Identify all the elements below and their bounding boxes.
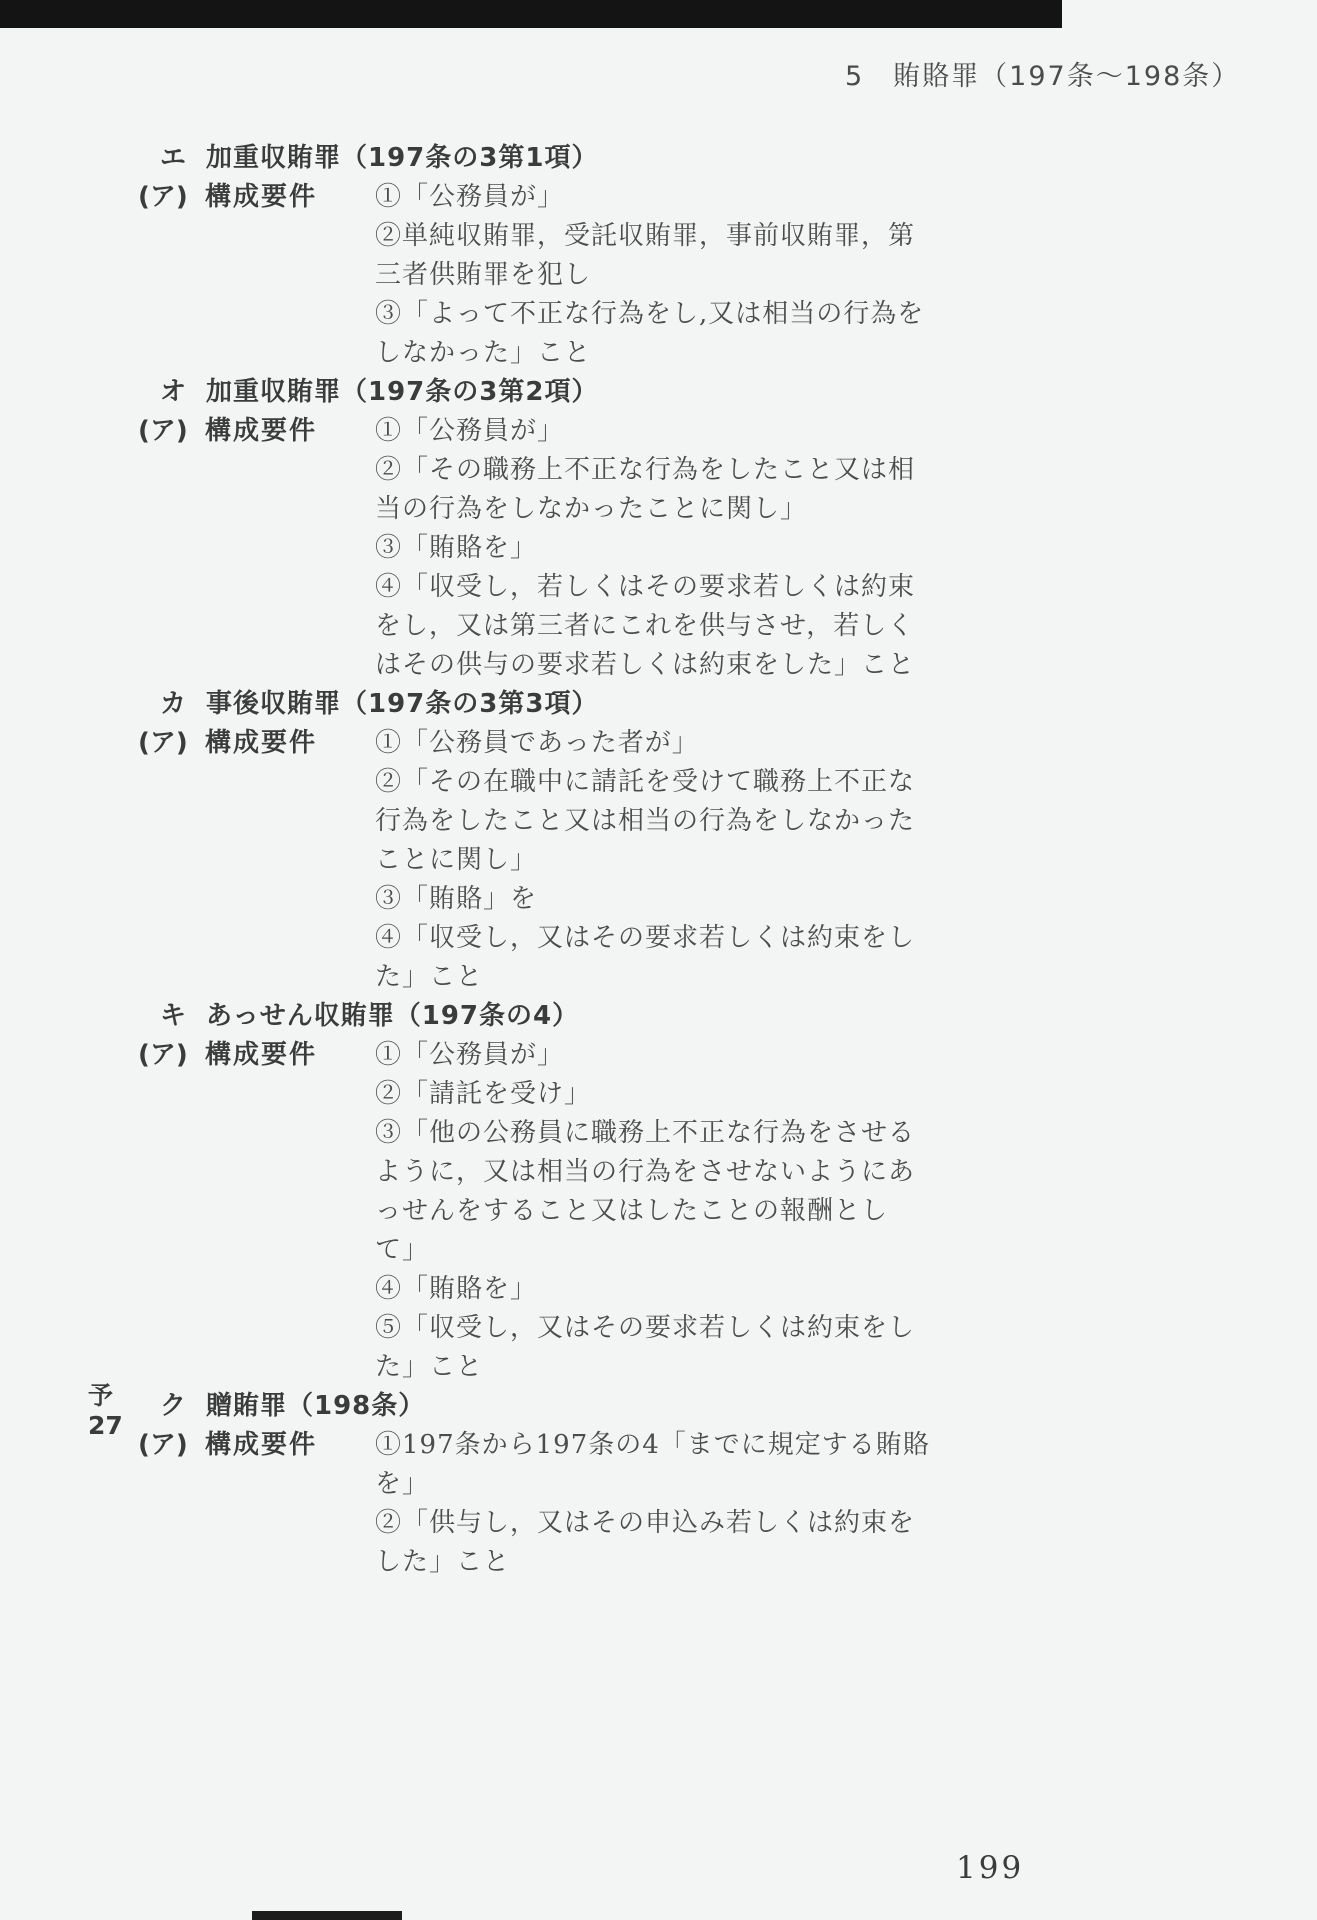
requirement-line: ①「公務員が」 bbox=[375, 412, 915, 451]
section-heading: ク贈賄罪（198条） bbox=[0, 1387, 1317, 1426]
requirement-block: (ア) 構成要件 ①「公務員が」 ②「請託を受け」 ③「他の公務員に職務上不正な… bbox=[0, 1036, 1317, 1387]
requirement-line: ことに関し」 bbox=[375, 841, 915, 880]
requirement-line: ③「賄賂」を bbox=[375, 880, 915, 919]
requirement-line: ①197条から197条の4「までに規定する賄賂 bbox=[375, 1426, 930, 1465]
requirement-line: ②「請託を受け」 bbox=[375, 1075, 915, 1114]
requirement-line: ③「よって不正な行為をし,又は相当の行為を bbox=[375, 295, 924, 334]
requirement-label: (ア) bbox=[138, 724, 205, 763]
requirement-line: ②「その職務上不正な行為をしたこと又は相 bbox=[375, 451, 915, 490]
requirement-line: を」 bbox=[375, 1465, 930, 1504]
section-heading: カ事後収賄罪（197条の3第3項） bbox=[0, 685, 1317, 724]
requirement-line: ⑤「収受し，又はその要求若しくは約束をし bbox=[375, 1309, 915, 1348]
section-jigo-shuwai: カ事後収賄罪（197条の3第3項） (ア) 構成要件 ①「公務員であった者が」 … bbox=[0, 685, 1317, 997]
page-number: 199 bbox=[956, 1850, 1024, 1886]
requirement-lines: ①「公務員が」 ②「その職務上不正な行為をしたこと又は相 当の行為をしなかったこ… bbox=[375, 412, 915, 685]
requirement-line: て」 bbox=[375, 1231, 915, 1270]
requirement-block: (ア) 構成要件 ①「公務員が」 ②単純収賄罪，受託収賄罪，事前収賄罪，第 三者… bbox=[0, 178, 1317, 373]
requirement-line: ③「賄賂を」 bbox=[375, 529, 915, 568]
requirement-label: (ア) bbox=[138, 412, 205, 451]
section-title: 贈賄罪（198条） bbox=[206, 1391, 425, 1421]
margin-note-number: 27 bbox=[88, 1411, 123, 1441]
section-heading: キあっせん収賄罪（197条の4） bbox=[0, 997, 1317, 1036]
requirement-line: ③「他の公務員に職務上不正な行為をさせる bbox=[375, 1114, 915, 1153]
requirement-block: (ア) 構成要件 ①「公務員が」 ②「その職務上不正な行為をしたこと又は相 当の… bbox=[0, 412, 1317, 685]
section-label: キ bbox=[160, 997, 206, 1036]
section-label: エ bbox=[160, 139, 206, 178]
margin-note-top: 予 bbox=[88, 1381, 123, 1411]
content-area: エ加重収賄罪（197条の3第1項） (ア) 構成要件 ①「公務員が」 ②単純収賄… bbox=[0, 139, 1317, 1582]
requirement-line: をし，又は第三者にこれを供与させ，若しく bbox=[375, 607, 915, 646]
requirement-block: (ア) 構成要件 ①197条から197条の4「までに規定する賄賂 を」 ②「供与… bbox=[0, 1426, 1317, 1582]
requirement-label: (ア) bbox=[138, 1036, 205, 1075]
requirement-line: た」こと bbox=[375, 1348, 915, 1387]
scan-bottom-edge bbox=[252, 1911, 402, 1920]
section-title: 加重収賄罪（197条の3第2項） bbox=[206, 377, 598, 407]
requirement-lines: ①「公務員が」 ②単純収賄罪，受託収賄罪，事前収賄罪，第 三者供賄罪を犯し ③「… bbox=[375, 178, 924, 373]
requirement-lines: ①「公務員が」 ②「請託を受け」 ③「他の公務員に職務上不正な行為をさせる よう… bbox=[375, 1036, 915, 1387]
requirement-title: 構成要件 bbox=[205, 724, 375, 763]
requirement-line: ④「収受し，若しくはその要求若しくは約束 bbox=[375, 568, 915, 607]
section-zowai: 予 27 ク贈賄罪（198条） (ア) 構成要件 ①197条から197条の4「ま… bbox=[0, 1387, 1317, 1582]
requirement-title: 構成要件 bbox=[205, 178, 375, 217]
section-title: あっせん収賄罪（197条の4） bbox=[206, 1001, 579, 1031]
requirement-title: 構成要件 bbox=[205, 1426, 375, 1465]
requirement-line: ②単純収賄罪，受託収賄罪，事前収賄罪，第 bbox=[375, 217, 924, 256]
book-page: 5 賄賂罪（197条～198条） エ加重収賄罪（197条の3第1項） (ア) 構… bbox=[0, 0, 1317, 1920]
requirement-label: (ア) bbox=[138, 1426, 205, 1465]
running-header: 5 賄賂罪（197条～198条） bbox=[845, 54, 1240, 93]
requirement-line: ④「賄賂を」 bbox=[375, 1270, 915, 1309]
scan-top-edge bbox=[0, 0, 1062, 28]
requirement-line: ように，又は相当の行為をさせないようにあ bbox=[375, 1153, 915, 1192]
section-heading: オ加重収賄罪（197条の3第2項） bbox=[0, 373, 1317, 412]
section-assen-shuwai: キあっせん収賄罪（197条の4） (ア) 構成要件 ①「公務員が」 ②「請託を受… bbox=[0, 997, 1317, 1387]
margin-note-yo27: 予 27 bbox=[88, 1381, 123, 1441]
section-heading: エ加重収賄罪（197条の3第1項） bbox=[0, 139, 1317, 178]
requirement-line: 当の行為をしなかったことに関し」 bbox=[375, 490, 915, 529]
section-label: カ bbox=[160, 685, 206, 724]
requirement-line: ①「公務員が」 bbox=[375, 178, 924, 217]
requirement-line: た」こと bbox=[375, 958, 915, 997]
requirement-lines: ①197条から197条の4「までに規定する賄賂 を」 ②「供与し，又はその申込み… bbox=[375, 1426, 930, 1582]
requirement-label: (ア) bbox=[138, 178, 205, 217]
section-kaju-shuwai-1: エ加重収賄罪（197条の3第1項） (ア) 構成要件 ①「公務員が」 ②単純収賄… bbox=[0, 139, 1317, 373]
requirement-line: ②「供与し，又はその申込み若しくは約束を bbox=[375, 1504, 930, 1543]
requirement-line: ②「その在職中に請託を受けて職務上不正な bbox=[375, 763, 915, 802]
requirement-title: 構成要件 bbox=[205, 1036, 375, 1075]
requirement-line: しなかった」こと bbox=[375, 334, 924, 373]
requirement-line: 三者供賄罪を犯し bbox=[375, 256, 924, 295]
requirement-line: した」こと bbox=[375, 1543, 930, 1582]
requirement-line: っせんをすること又はしたことの報酬とし bbox=[375, 1192, 915, 1231]
requirement-block: (ア) 構成要件 ①「公務員であった者が」 ②「その在職中に請託を受けて職務上不… bbox=[0, 724, 1317, 997]
requirement-title: 構成要件 bbox=[205, 412, 375, 451]
section-label: オ bbox=[160, 373, 206, 412]
requirement-line: はその供与の要求若しくは約束をした」こと bbox=[375, 646, 915, 685]
section-title: 事後収賄罪（197条の3第3項） bbox=[206, 689, 598, 719]
section-label: ク bbox=[160, 1387, 206, 1426]
requirement-line: ①「公務員であった者が」 bbox=[375, 724, 915, 763]
section-kaju-shuwai-2: オ加重収賄罪（197条の3第2項） (ア) 構成要件 ①「公務員が」 ②「その職… bbox=[0, 373, 1317, 685]
requirement-lines: ①「公務員であった者が」 ②「その在職中に請託を受けて職務上不正な 行為をしたこ… bbox=[375, 724, 915, 997]
requirement-line: ④「収受し，又はその要求若しくは約束をし bbox=[375, 919, 915, 958]
requirement-line: ①「公務員が」 bbox=[375, 1036, 915, 1075]
section-title: 加重収賄罪（197条の3第1項） bbox=[206, 143, 598, 173]
requirement-line: 行為をしたこと又は相当の行為をしなかった bbox=[375, 802, 915, 841]
